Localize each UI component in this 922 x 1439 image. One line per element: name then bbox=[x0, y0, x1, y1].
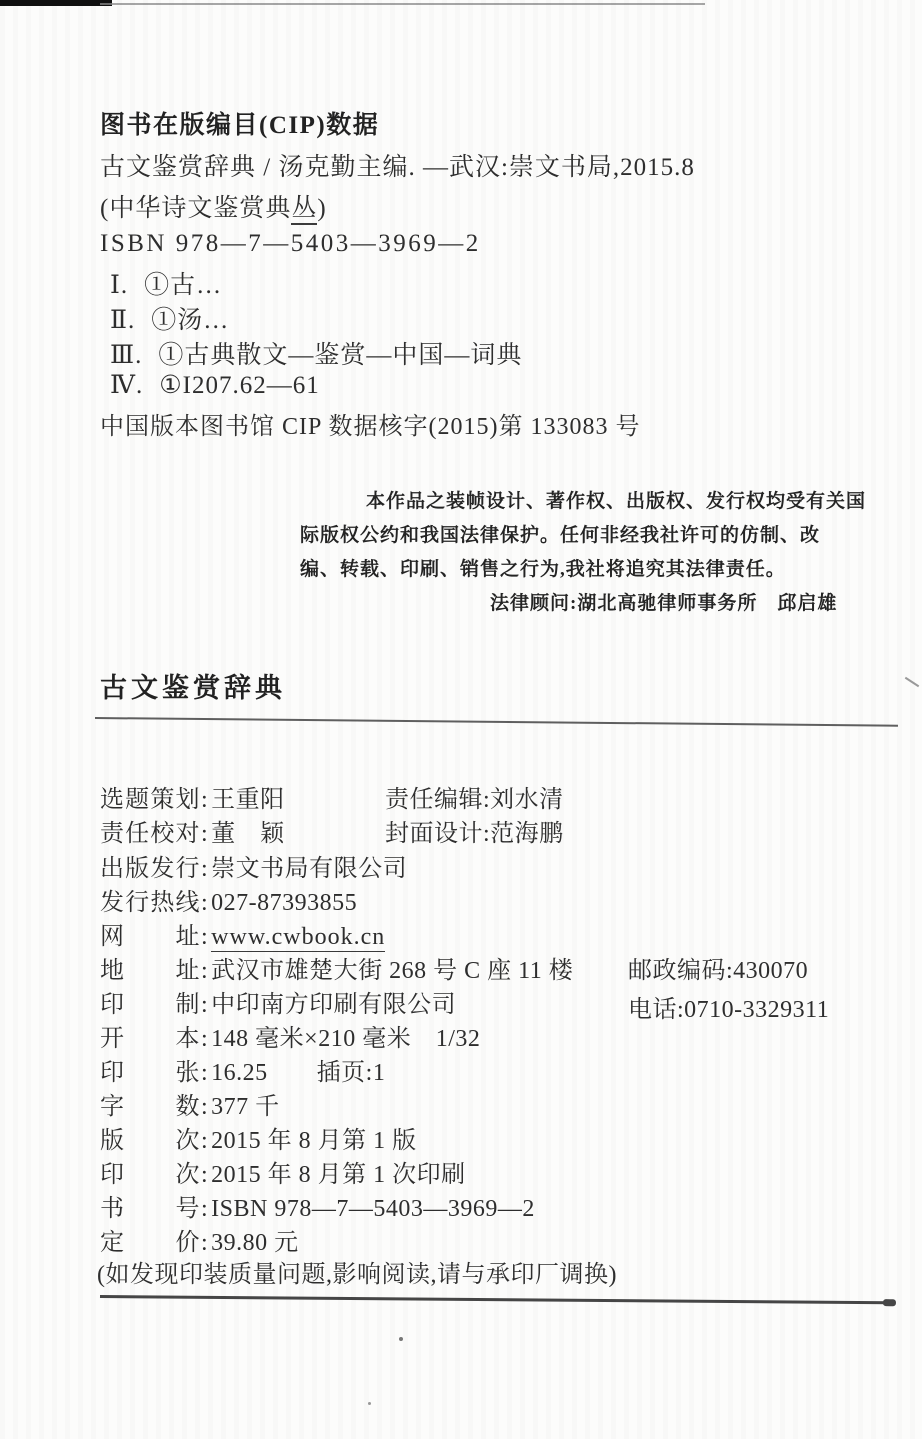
cip-series-underlined-char: 丛 bbox=[291, 195, 317, 225]
colophon-extra: 责任编辑:刘水清 bbox=[385, 779, 564, 814]
colon: : bbox=[201, 924, 208, 951]
scan-edge-mark bbox=[905, 677, 920, 687]
divider-arrowhead bbox=[883, 1299, 896, 1306]
cip-item-numeral: Ⅳ. bbox=[110, 370, 143, 400]
website-url: www.cwbook.cn bbox=[211, 924, 385, 952]
cip-record-line: 中国版本图书馆 CIP 数据核字(2015)第 133083 号 bbox=[100, 406, 640, 441]
colophon-row-isbn: 书号:ISBN 978—7—5403—3969—2 bbox=[100, 1188, 535, 1220]
colophon-row-format: 开本:148 毫米×210 毫米 1/32 bbox=[100, 1018, 480, 1050]
bottom-divider bbox=[100, 1295, 893, 1304]
cip-item-numeral: Ⅱ. bbox=[110, 305, 135, 335]
scan-edge-black-bar bbox=[0, 0, 112, 6]
colophon-row-planning: 选题策划:王重阳责任编辑:刘水清 bbox=[100, 779, 285, 811]
copyright-notice-line-3: 编、转载、印刷、销售之行为,我社将追究其法律责任。 bbox=[300, 554, 786, 581]
colophon-label: 开本 bbox=[100, 1018, 200, 1053]
colophon-row-sheets: 印张:16.25 插页:1 bbox=[100, 1052, 385, 1084]
colophon-value: 16.25 插页:1 bbox=[211, 1060, 385, 1086]
colophon-label: 版次 bbox=[100, 1120, 200, 1155]
colophon-label: 印张 bbox=[100, 1052, 200, 1087]
colophon-row-address: 地址:武汉市雄楚大街 268 号 C 座 11 楼邮政编码:430070 bbox=[100, 950, 573, 982]
colophon-label: 印次 bbox=[100, 1154, 200, 1189]
colon: : bbox=[201, 1162, 208, 1189]
cip-item-3: Ⅲ.①古典散文—鉴赏—中国—词典 bbox=[110, 335, 522, 371]
colon: : bbox=[201, 856, 208, 883]
colophon-value: 027-87393855 bbox=[211, 890, 357, 916]
colon: : bbox=[201, 787, 208, 814]
cip-item-numeral: Ⅲ. bbox=[110, 340, 142, 370]
colon: : bbox=[201, 1060, 208, 1087]
cip-series-suffix: ) bbox=[317, 195, 326, 222]
colophon-label: 地址 bbox=[100, 950, 200, 985]
colophon-value: 2015 年 8 月第 1 版 bbox=[211, 1128, 417, 1154]
copyright-notice-line-1: 本作品之装帧设计、著作权、出版权、发行权均受有关国 bbox=[366, 486, 866, 513]
legal-advisor-line: 法律顾问:湖北高驰律师事务所 邱启雄 bbox=[490, 588, 837, 615]
colophon-label: 定价 bbox=[100, 1222, 200, 1257]
cip-item-text: ①汤… bbox=[151, 307, 229, 334]
colophon-label: 选题策划 bbox=[100, 779, 200, 814]
colophon-label: 出版发行 bbox=[100, 848, 200, 883]
cip-item-4: Ⅳ.①I207.62—61 bbox=[110, 370, 320, 400]
colon: : bbox=[201, 1196, 208, 1223]
phone-number: 电话:0710-3329311 bbox=[628, 989, 829, 1024]
scan-speck bbox=[368, 1402, 371, 1405]
scan-speck bbox=[399, 1337, 403, 1341]
colon: : bbox=[201, 821, 208, 848]
colophon-value: 董 颖 bbox=[211, 821, 285, 847]
colophon-row-proofreader: 责任校对:董 颖封面设计:范海鹏 bbox=[100, 813, 285, 845]
cip-item-numeral: Ⅰ. bbox=[110, 270, 128, 300]
colophon-label: 字数 bbox=[100, 1086, 200, 1121]
cip-series-line: (中华诗文鉴赏典丛) bbox=[100, 188, 327, 224]
colon: : bbox=[201, 1094, 208, 1121]
colophon-value: 王重阳 bbox=[211, 787, 285, 813]
cip-series-prefix: (中华诗文鉴赏典 bbox=[100, 195, 291, 222]
quality-note: (如发现印装质量问题,影响阅读,请与承印厂调换) bbox=[97, 1254, 617, 1289]
cip-item-1: Ⅰ.①古… bbox=[110, 265, 222, 301]
colophon-row-printing: 印次:2015 年 8 月第 1 次印刷 bbox=[100, 1154, 466, 1186]
colophon-value: ISBN 978—7—5403—3969—2 bbox=[211, 1196, 535, 1222]
colophon-row-website: 网址:www.cwbook.cn bbox=[100, 916, 385, 948]
colon: : bbox=[201, 992, 208, 1019]
colophon-row-printer: 印制:中印南方印刷有限公司电话:0710-3329311 bbox=[100, 984, 456, 1016]
colophon-value: 2015 年 8 月第 1 次印刷 bbox=[211, 1162, 466, 1188]
colophon-value: 39.80 元 bbox=[211, 1230, 299, 1256]
colon: : bbox=[201, 958, 208, 985]
scan-top-line bbox=[100, 3, 705, 5]
cip-item-text: ①古… bbox=[144, 272, 222, 299]
colophon-value: 148 毫米×210 毫米 1/32 bbox=[211, 1026, 480, 1052]
colophon-value: 中印南方印刷有限公司 bbox=[211, 992, 456, 1018]
colophon-label: 责任校对 bbox=[100, 813, 200, 848]
cip-item-2: Ⅱ.①汤… bbox=[110, 300, 229, 336]
colophon-value: 崇文书局有限公司 bbox=[211, 856, 407, 882]
colophon-label: 书号 bbox=[100, 1188, 200, 1223]
copyright-notice-line-2: 际版权公约和我国法律保护。任何非经我社许可的仿制、改 bbox=[300, 520, 820, 547]
postal-code: 邮政编码:430070 bbox=[628, 950, 808, 985]
colophon-row-publisher: 出版发行:崇文书局有限公司 bbox=[100, 848, 407, 880]
cip-item-text: ①I207.62—61 bbox=[159, 372, 320, 399]
cip-item-text: ①古典散文—鉴赏—中国—词典 bbox=[158, 342, 522, 369]
cip-heading: 图书在版编目(CIP)数据 bbox=[100, 105, 379, 141]
title-divider bbox=[95, 717, 898, 727]
colon: : bbox=[201, 1026, 208, 1053]
colophon-label: 发行热线 bbox=[100, 882, 200, 917]
colon: : bbox=[201, 890, 208, 917]
colophon-row-price: 定价:39.80 元 bbox=[100, 1222, 299, 1254]
colophon-row-wordcount: 字数:377 千 bbox=[100, 1086, 280, 1118]
colon: : bbox=[201, 1128, 208, 1155]
colophon-value: 武汉市雄楚大街 268 号 C 座 11 楼 bbox=[211, 958, 573, 984]
copyright-page: 图书在版编目(CIP)数据 古文鉴赏辞典 / 汤克勤主编. —武汉:崇文书局,2… bbox=[0, 0, 922, 1439]
cip-title-line: 古文鉴赏辞典 / 汤克勤主编. —武汉:崇文书局,2015.8 bbox=[100, 147, 695, 183]
book-title: 古文鉴赏辞典 bbox=[100, 666, 286, 705]
colophon-label: 印制 bbox=[100, 984, 200, 1019]
colophon-value: 377 千 bbox=[211, 1094, 280, 1120]
colophon-extra: 封面设计:范海鹏 bbox=[385, 813, 564, 848]
colon: : bbox=[201, 1230, 208, 1257]
colophon-label: 网址 bbox=[100, 916, 200, 951]
colophon-row-hotline: 发行热线:027-87393855 bbox=[100, 882, 357, 914]
colophon-row-edition: 版次:2015 年 8 月第 1 版 bbox=[100, 1120, 417, 1152]
cip-isbn-line: ISBN 978—7—5403—3969—2 bbox=[100, 230, 481, 258]
